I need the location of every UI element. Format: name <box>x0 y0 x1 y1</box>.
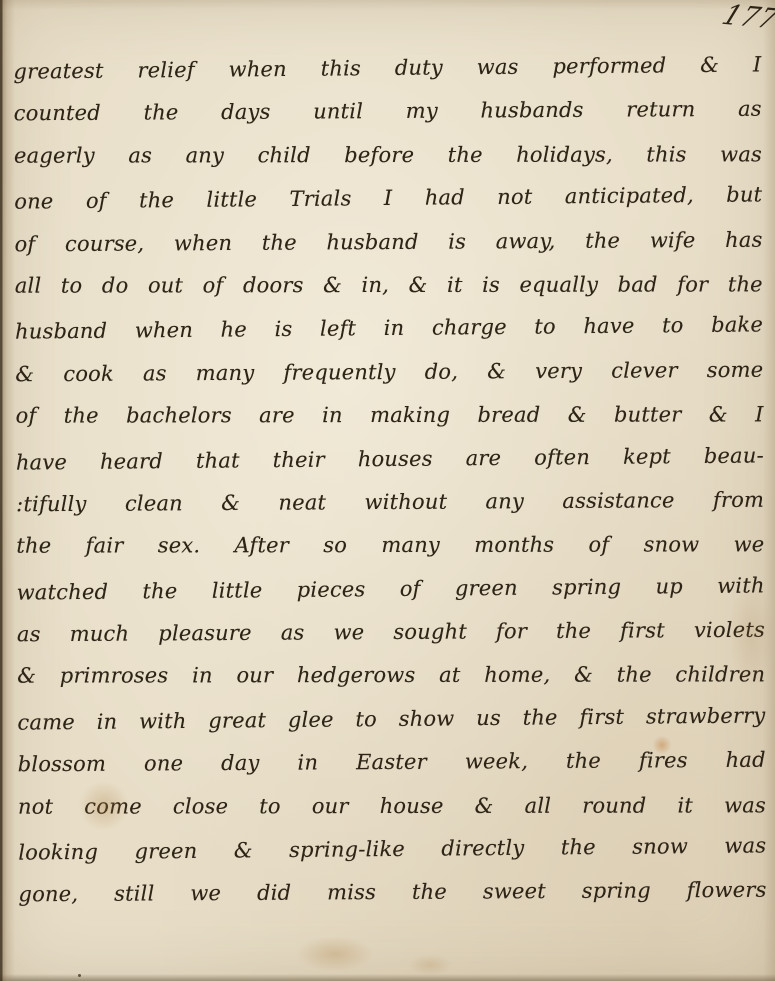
ink-speck <box>78 974 81 977</box>
manuscript-line: :tifully clean & neat without any assist… <box>16 479 764 527</box>
manuscript-page: 177 greatest relief when this duty was p… <box>0 0 775 981</box>
manuscript-line: & primroses in our hedgerows at home, & … <box>17 654 765 699</box>
manuscript-line: have heard that their houses are often k… <box>16 434 764 485</box>
manuscript-line: counted the days until my husbands retur… <box>14 88 762 136</box>
manuscript-line: blossom one day in Easter week, the fire… <box>18 739 766 787</box>
manuscript-line: all to do out of doors & in, & it is equ… <box>15 263 763 308</box>
paper-stain <box>408 954 452 976</box>
manuscript-line: husband when he is left in charge to hav… <box>15 304 763 355</box>
manuscript-line: gone, still we did miss the sweet spring… <box>18 869 766 917</box>
manuscript-text: greatest relief when this duty was perfo… <box>13 45 766 917</box>
manuscript-line: & cook as many frequently do, & very cle… <box>15 348 763 396</box>
manuscript-line: one of the little Trials I had not antic… <box>14 174 762 225</box>
manuscript-line: of the bachelors are in making bread & b… <box>16 393 764 438</box>
manuscript-line: came in with great glee to show us the f… <box>17 694 765 745</box>
page-number: 177 <box>718 0 775 35</box>
manuscript-line: the fair sex. After so many months of sn… <box>16 524 764 569</box>
manuscript-line: eagerly as any child before the holidays… <box>14 133 762 178</box>
paper-stain <box>296 936 374 972</box>
manuscript-line: as much pleasure as we sought for the fi… <box>17 609 765 657</box>
manuscript-line: of course, when the husband is away, the… <box>14 218 762 266</box>
manuscript-line: not come close to our house & all round … <box>18 784 766 829</box>
manuscript-line: greatest relief when this duty was perfo… <box>13 43 761 94</box>
manuscript-line: looking green & spring-like directly the… <box>18 824 766 875</box>
manuscript-line: watched the little pieces of green sprin… <box>16 564 764 615</box>
